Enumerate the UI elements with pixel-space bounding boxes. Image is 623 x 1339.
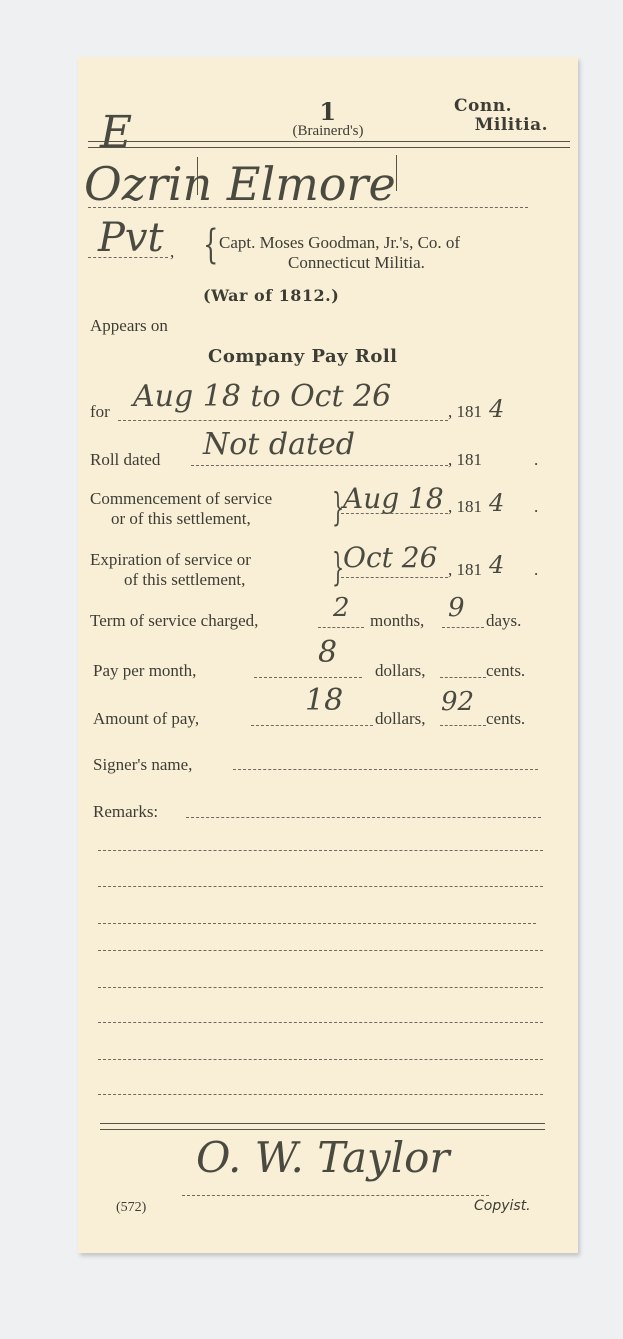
commencement-label-2: or of this settlement, [111,509,251,529]
footer-rule-bottom [100,1129,545,1130]
remarks-line-8 [98,1094,543,1095]
expiration-period: . [534,560,538,580]
remarks-line-4 [98,950,543,951]
amount-dollars: 18 [305,683,343,718]
remarks-line-5 [98,987,543,988]
expiration-label-1: Expiration of service or [90,550,251,570]
appears-on-label: Appears on [90,316,168,336]
remarks-line-2 [98,886,543,887]
header-rule-bottom [88,147,570,148]
for-year-digit: 4 [489,395,504,423]
for-value: Aug 18 to Oct 26 [133,379,391,414]
state-line2: Militia. [418,115,548,135]
service-record-card: E 1 (Brainerd's) Conn. Militia. Ozrin El… [78,57,578,1253]
amount-cents-line [440,725,486,726]
pay-month-label: Pay per month, [93,661,196,681]
expiration-line [341,577,448,578]
roll-dated-label: Roll dated [90,450,160,470]
term-days-line [442,627,484,628]
term-months-label: months, [370,611,424,631]
brace: { [203,222,218,268]
pay-month-cents-label: cents. [486,661,525,681]
roll-dated-line [191,465,448,466]
soldier-name: Ozrin Elmore [84,157,396,211]
term-label: Term of service charged, [90,611,258,631]
rank-comma: , [170,242,174,262]
amount-cents-label: cents. [486,709,525,729]
copyist-signature: O. W. Taylor [196,1133,450,1182]
commencement-label-1: Commencement of service [90,489,272,509]
soldier-rank: Pvt [98,215,164,261]
remarks-line-7 [98,1059,543,1060]
company-line2: Connecticut Militia. [288,253,425,273]
amount-label: Amount of pay, [93,709,199,729]
state-line1: Conn. [423,96,543,116]
amount-cents: 92 [441,687,474,717]
signer-line [233,769,538,770]
term-days-value: 9 [448,593,465,623]
amount-dollars-line [251,725,373,726]
roll-dated-year: , 181 [448,450,482,470]
header-divider-right [396,155,397,191]
remarks-line-1 [98,850,543,851]
for-year-prefix: , 181 [448,402,482,422]
for-label: for [90,402,110,422]
name-line [88,207,528,208]
expiration-label-2: of this settlement, [124,570,245,590]
pay-month-dollars-line [254,677,362,678]
pay-month-dollars-label: dollars, [375,661,426,681]
commencement-value: Aug 18 [343,482,444,515]
commencement-period: . [534,497,538,517]
pay-month-dollars: 8 [318,635,337,670]
roll-title: Company Pay Roll [208,346,398,367]
company-line1: Capt. Moses Goodman, Jr.'s, Co. of [219,233,460,253]
header-rule-top [88,141,570,142]
remarks-label: Remarks: [93,802,158,822]
rank-line [88,257,168,258]
remarks-line-3 [98,923,536,924]
term-months-line [318,627,364,628]
pay-month-cents-line [440,677,486,678]
for-line [118,420,448,421]
term-months-value: 2 [333,593,350,623]
expiration-year-digit: 4 [489,551,504,579]
roll-dated-value: Not dated [203,427,355,462]
expiration-value: Oct 26 [343,541,437,574]
regiment-name: (Brainerd's) [238,123,418,140]
regiment-number: 1 [278,97,378,126]
signer-label: Signer's name, [93,755,192,775]
remarks-line-6 [98,1022,543,1023]
term-days-label: days. [486,611,521,631]
expiration-year-prefix: , 181 [448,560,482,580]
form-number: (572) [116,1200,146,1216]
war-label: (War of 1812.) [203,286,339,305]
file-letter: E [100,107,132,158]
copyist-label: Copyist. [474,1198,531,1214]
remarks-line-0 [186,817,541,818]
commencement-year-prefix: , 181 [448,497,482,517]
roll-dated-period: . [534,450,538,470]
amount-dollars-label: dollars, [375,709,426,729]
commencement-year-digit: 4 [489,489,504,517]
copyist-line [182,1195,489,1196]
footer-rule-top [100,1123,545,1124]
